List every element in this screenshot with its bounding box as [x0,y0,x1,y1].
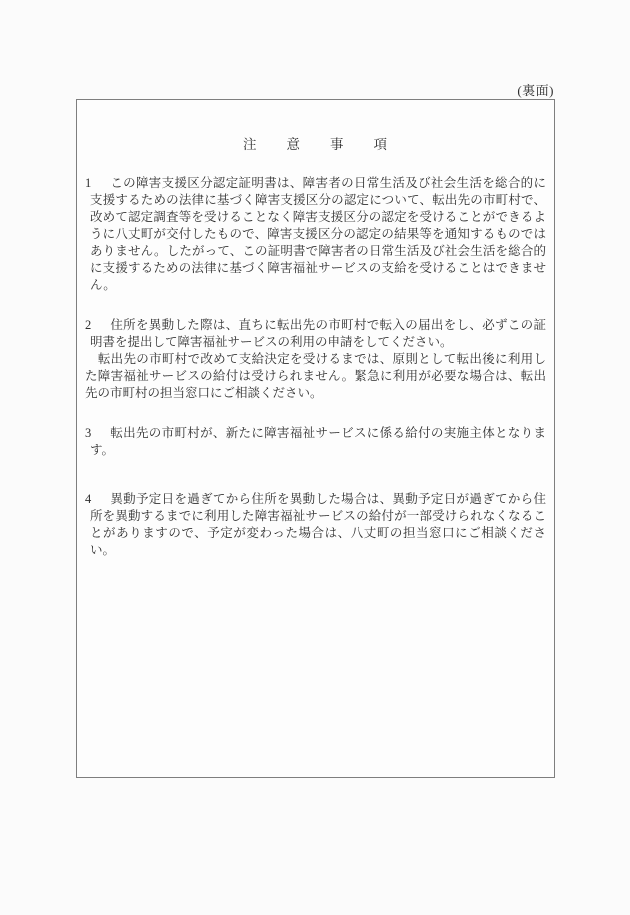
note-item-3: 3転出先の市町村が、新たに障害福祉サービスに係る給付の実施主体となります。 [85,425,546,459]
note-item-2: 2住所を異動した際は、直ちに転出先の市町村で転入の届出をし、必ずこの証明書を提出… [85,317,546,402]
item-text: 転出先の市町村で改めて支給決定を受けるまでは、原則として転出後に利用した障害福祉… [85,352,546,400]
item-number: 4 [85,491,110,508]
note-item-4-paragraph-1: 4異動予定日を過ぎてから住所を異動した場合は、異動予定日が過ぎてから住所を異動す… [85,491,546,559]
document-page: (裏面) 注 意 事 項 1この障害支援区分認定証明書は、障害者の日常生活及び社… [0,0,630,915]
note-item-1: 1この障害支援区分認定証明書は、障害者の日常生活及び社会生活を総合的に支援するた… [85,175,546,294]
note-item-4: 4異動予定日を過ぎてから住所を異動した場合は、異動予定日が過ぎてから住所を異動す… [85,491,546,559]
item-number: 3 [85,425,110,442]
item-number: 2 [85,317,110,334]
item-text: 異動予定日を過ぎてから住所を異動した場合は、異動予定日が過ぎてから住所を異動する… [90,492,546,557]
notice-box: 注 意 事 項 1この障害支援区分認定証明書は、障害者の日常生活及び社会生活を総… [76,99,555,778]
back-side-label: (裏面) [517,80,554,99]
note-item-3-paragraph-1: 3転出先の市町村が、新たに障害福祉サービスに係る給付の実施主体となります。 [85,425,546,459]
note-item-2-paragraph-1: 2住所を異動した際は、直ちに転出先の市町村で転入の届出をし、必ずこの証明書を提出… [85,317,546,351]
item-text: この障害支援区分認定証明書は、障害者の日常生活及び社会生活を総合的に支援するため… [90,176,546,292]
item-number: 1 [85,175,110,192]
notice-title: 注 意 事 項 [85,133,546,153]
note-item-2-paragraph-2: 転出先の市町村で改めて支給決定を受けるまでは、原則として転出後に利用した障害福祉… [85,351,546,402]
item-text: 住所を異動した際は、直ちに転出先の市町村で転入の届出をし、必ずこの証明書を提出し… [90,318,546,349]
item-text: 転出先の市町村が、新たに障害福祉サービスに係る給付の実施主体となります。 [90,426,546,457]
note-item-1-paragraph-1: 1この障害支援区分認定証明書は、障害者の日常生活及び社会生活を総合的に支援するた… [85,175,546,294]
